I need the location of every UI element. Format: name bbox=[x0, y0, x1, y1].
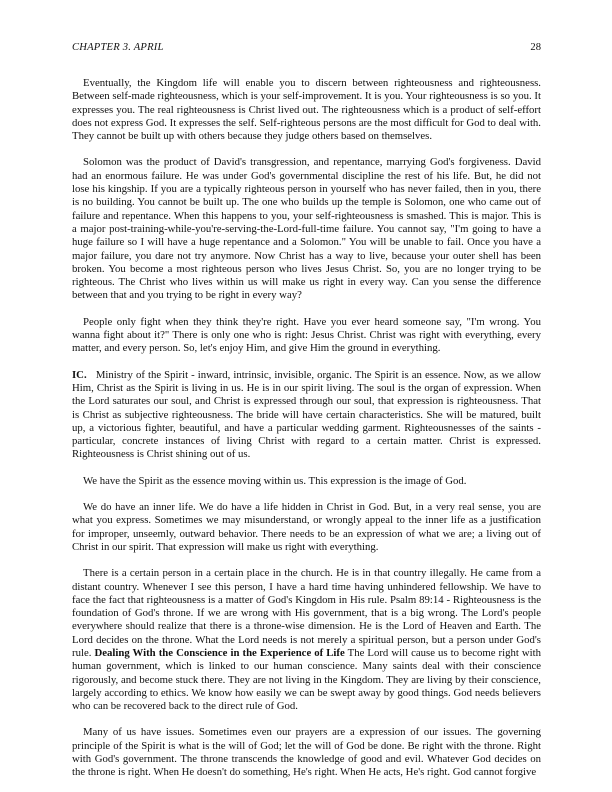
paragraph: People only fight when they think they'r… bbox=[72, 316, 541, 356]
paragraph: We have the Spirit as the essence moving… bbox=[72, 475, 541, 488]
running-title: CHAPTER 3. APRIL bbox=[72, 42, 164, 53]
paragraph: We do have an inner life. We do have a l… bbox=[72, 501, 541, 554]
page-body: Eventually, the Kingdom life will enable… bbox=[72, 77, 541, 792]
paragraph-text: We do have an inner life. We do have a l… bbox=[72, 501, 541, 553]
inline-heading: Dealing With the Conscience in the Exper… bbox=[94, 647, 344, 659]
paragraph: Eventually, the Kingdom life will enable… bbox=[72, 77, 541, 143]
paragraph-text: We have the Spirit as the essence moving… bbox=[83, 475, 466, 487]
paragraph: There is a certain person in a certain p… bbox=[72, 567, 541, 713]
running-header: CHAPTER 3. APRIL 28 bbox=[72, 42, 541, 56]
paragraph-text: People only fight when they think they'r… bbox=[72, 316, 541, 355]
page-number: 28 bbox=[530, 42, 541, 53]
paragraph-text: Eventually, the Kingdom life will enable… bbox=[72, 77, 541, 142]
paragraph: Solomon was the product of David's trans… bbox=[72, 156, 541, 302]
paragraph-text: Many of us have issues. Sometimes even o… bbox=[72, 726, 541, 778]
section-label: IC. bbox=[72, 369, 87, 381]
paragraph: Many of us have issues. Sometimes even o… bbox=[72, 726, 541, 779]
paragraph-text: Ministry of the Spirit - inward, intrins… bbox=[72, 369, 541, 461]
paragraph-text: Solomon was the product of David's trans… bbox=[72, 156, 541, 301]
paragraph-text: There is a certain person in a certain p… bbox=[72, 567, 541, 659]
paragraph-section-ic: IC. Ministry of the Spirit - inward, int… bbox=[72, 369, 541, 462]
